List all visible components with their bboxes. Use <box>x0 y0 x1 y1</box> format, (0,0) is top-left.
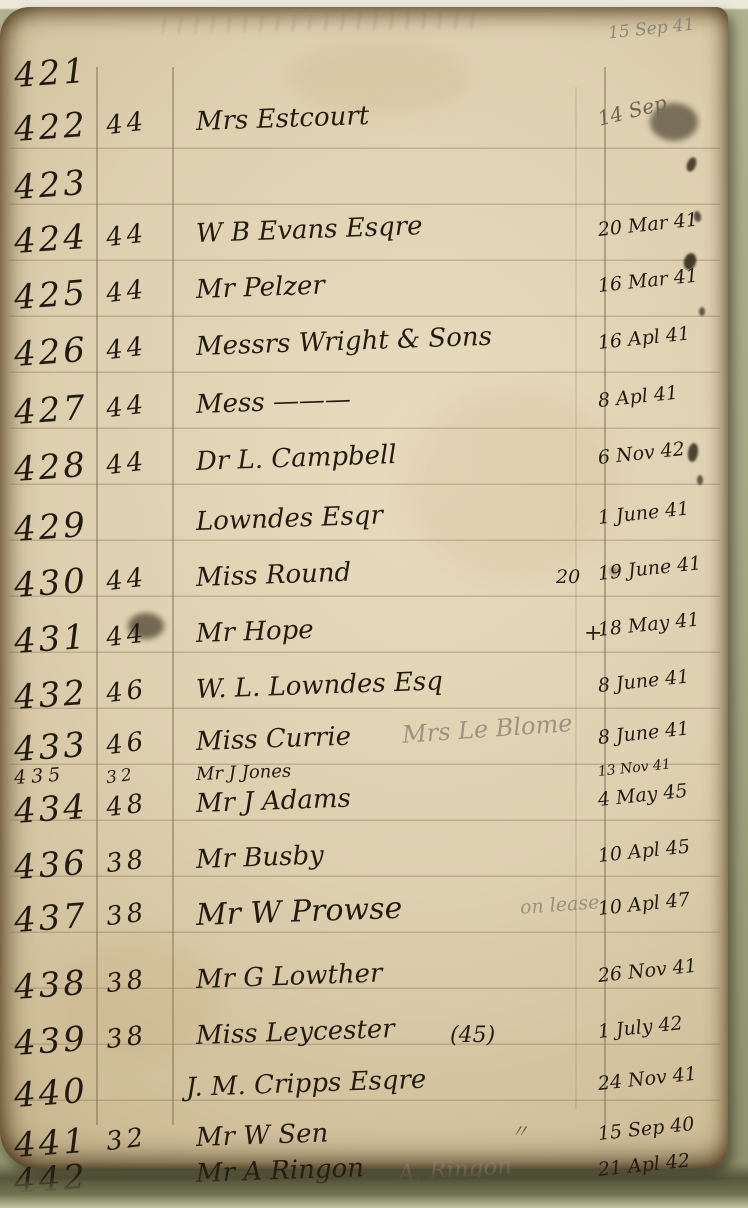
ledger-row: 426 44 Messrs Wright & Sons 16 Apl 41 <box>0 332 728 384</box>
entry-house-number: 46 <box>104 723 177 761</box>
entry-house-number: 44 <box>104 215 177 253</box>
entry-number: 423 <box>13 162 102 208</box>
entry-house-number: 44 <box>104 386 177 424</box>
pencil-date-annotation: 15 Sep 41 <box>607 15 695 44</box>
ledger-row: 427 44 Mess ——— 8 Apl 41 <box>0 390 728 442</box>
entry-house-number: 44 <box>104 443 177 481</box>
pencil-annotation: on lease <box>519 891 600 918</box>
entry-number: 430 <box>13 560 102 606</box>
entry-number: 427 <box>13 387 102 433</box>
entry-number: 432 <box>13 672 102 718</box>
page-bottom-shadow <box>0 1162 748 1208</box>
entry-house-number: 44 <box>104 328 177 366</box>
entry-number: 429 <box>13 504 102 550</box>
entry-name: Miss Leycester <box>195 1014 395 1051</box>
entry-house-number: 48 <box>104 785 177 823</box>
ledger-row: 436 38 Mr Busby 10 Apl 45 <box>0 845 728 897</box>
entry-name: Mr W Sen <box>195 1118 328 1153</box>
entry-house-number: 46 <box>104 671 177 709</box>
ledger-row: 434 48 Mr J Adams 4 May 45 <box>0 789 728 841</box>
entry-number: 439 <box>13 1018 102 1064</box>
ledger-page: 15 Sep 41 421 422 44 Mrs Estcourt 14 Sep <box>0 7 728 1169</box>
entry-name: Miss Currie <box>195 722 351 757</box>
entry-number: 434 <box>13 786 102 832</box>
entry-name: Mess ——— <box>195 385 351 420</box>
ledger-row: 424 44 W B Evans Esqre 20 Mar 41 <box>0 219 728 271</box>
entry-house-number: 38 <box>104 961 177 999</box>
entry-house-number <box>106 49 175 58</box>
entry-house-number: 32 <box>105 760 177 788</box>
entry-name: Mrs Estcourt <box>195 101 369 137</box>
entry-name: Mr Busby <box>195 841 324 875</box>
entry-number: 421 <box>13 50 102 96</box>
ledger-row: 439 38 Miss Leycester (45) 1 July 42 <box>0 1021 728 1073</box>
ledger-row: 430 44 Miss Round 20 19 June 41 <box>0 563 728 615</box>
ledger-row: 429 Lowndes Esqr 1 June 41 <box>0 507 728 559</box>
entry-house-number: 44 <box>104 271 177 309</box>
entry-house-number: 32 <box>104 1119 177 1157</box>
entry-number: 424 <box>13 216 102 262</box>
ledger-row: 431 44 Mr Hope + 18 May 41 <box>0 619 728 671</box>
entry-number: 437 <box>13 895 102 941</box>
entry-number: 435 <box>13 761 100 789</box>
ledger-row: 440 J. M. Cripps Esqre 24 Nov 41 <box>0 1073 728 1125</box>
ledger-row: 437 38 Mr W Prowse on lease 10 Apl 47 <box>0 898 728 950</box>
entry-number: 428 <box>13 444 102 490</box>
entry-house-number: 44 <box>104 103 177 141</box>
faint-pencil-scribble <box>150 12 480 34</box>
ditto-mark: 〃 <box>510 1117 529 1144</box>
entry-note: 20 <box>556 566 580 588</box>
entry-name: Mr Hope <box>195 615 314 649</box>
entry-house-number: 44 <box>104 615 177 653</box>
entry-house-number: 44 <box>104 559 177 597</box>
entry-house-number: 38 <box>104 1017 177 1055</box>
scanned-ledger-image: 15 Sep 41 421 422 44 Mrs Estcourt 14 Sep <box>0 0 748 1208</box>
entry-number: 440 <box>13 1070 102 1116</box>
entry-name: Mr G Lowther <box>195 958 382 994</box>
entry-number: 425 <box>13 272 102 318</box>
ledger-row: 422 44 Mrs Estcourt 14 Sep <box>0 107 728 159</box>
ledger-row: 425 44 Mr Pelzer 16 Mar 41 <box>0 275 728 327</box>
ledger-row: 428 44 Dr L. Campbell 6 Nov 42 <box>0 447 728 499</box>
entry-name: Lowndes Esqr <box>195 500 383 537</box>
entry-house-number: 38 <box>104 894 177 932</box>
entry-house-number: 38 <box>104 841 177 879</box>
ledger-row: 438 38 Mr G Lowther 26 Nov 41 <box>0 965 728 1017</box>
entry-number: 438 <box>13 962 102 1008</box>
entry-name: Miss Round <box>195 558 351 593</box>
entry-name: Mr J Adams <box>195 784 351 819</box>
entry-name: Mr Pelzer <box>195 271 325 305</box>
ledger-row: 432 46 W. L. Lowndes Esq 8 June 41 <box>0 675 728 727</box>
entry-name: Mr W Prowse <box>195 891 402 933</box>
entry-number: 422 <box>13 104 102 150</box>
entry-number: 426 <box>13 329 102 375</box>
entry-number: 431 <box>13 616 102 662</box>
ledger-row: 421 <box>0 53 728 105</box>
entry-name: Mr J Jones <box>196 761 292 785</box>
entry-number: 436 <box>13 842 102 888</box>
entry-name: Dr L. Campbell <box>195 440 397 477</box>
ledger-row: 423 <box>0 165 728 217</box>
entry-note: (45) <box>450 1023 495 1048</box>
